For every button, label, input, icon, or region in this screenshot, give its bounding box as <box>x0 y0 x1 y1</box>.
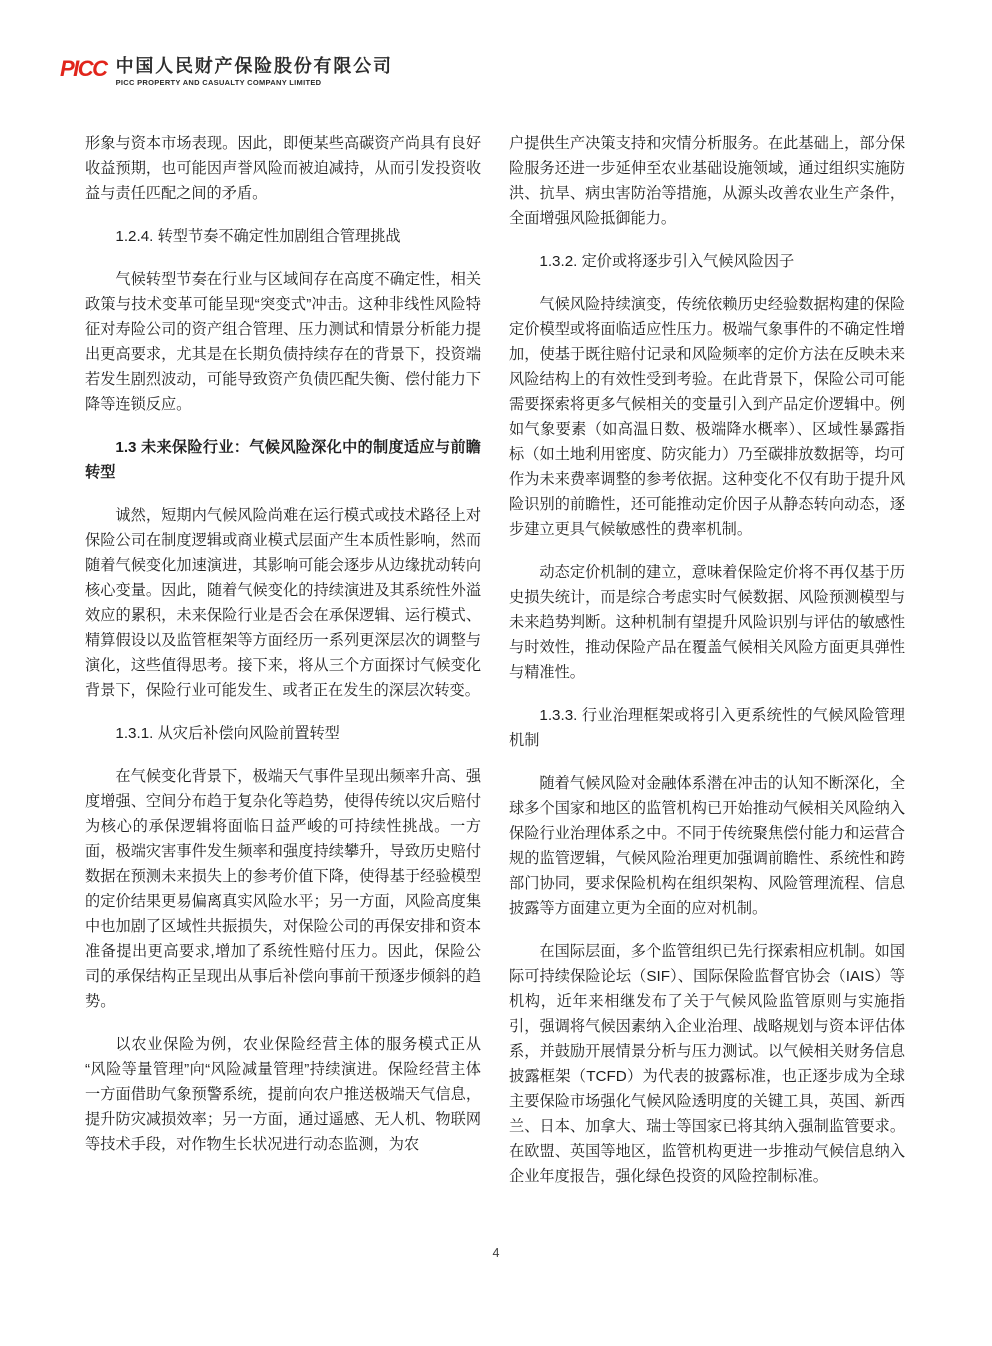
right-column: 户提供生产决策支持和灾情分析服务。在此基础上，部分保险服务还进一步延伸至农业基础… <box>509 131 905 1189</box>
paragraph: 诚然，短期内气候风险尚难在运行模式或技术路径上对保险公司在制度逻辑或商业模式层面… <box>85 503 481 703</box>
paragraph: 气候转型节奏在行业与区域间存在高度不确定性，相关政策与技术变革可能呈现“突变式”… <box>85 267 481 417</box>
picc-logo: PICC <box>60 58 107 80</box>
subsection-heading: 1.2.4. 转型节奏不确定性加剧组合管理挑战 <box>85 224 481 249</box>
paragraph: 形象与资本市场表现。因此，即便某些高碳资产尚具有良好收益预期，也可能因声誉风险而… <box>85 131 481 206</box>
paragraph: 随着气候风险对金融体系潜在冲击的认知不断深化，全球多个国家和地区的监管机构已开始… <box>509 771 905 921</box>
paragraph: 户提供生产决策支持和灾情分析服务。在此基础上，部分保险服务还进一步延伸至农业基础… <box>509 131 905 231</box>
page-footer: 4 <box>0 1246 992 1260</box>
chapter-heading: 1.3 未来保险行业：气候风险深化中的制度适应与前瞻转型 <box>85 435 481 485</box>
page-header: PICC 中国人民财产保险股份有限公司 PICC PROPERTY AND CA… <box>60 57 393 87</box>
paragraph: 动态定价机制的建立，意味着保险定价将不再仅基于历史损失统计，而是综合考虑实时气候… <box>509 560 905 685</box>
paragraph: 在气候变化背景下，极端天气事件呈现出频率升高、强度增强、空间分布趋于复杂化等趋势… <box>85 764 481 1014</box>
paragraph: 以农业保险为例，农业保险经营主体的服务模式正从“风险等量管理”向“风险减量管理”… <box>85 1032 481 1157</box>
page-number: 4 <box>493 1246 500 1260</box>
paragraph: 气候风险持续演变，传统依赖历史经验数据构建的保险定价模型或将面临适应性压力。极端… <box>509 292 905 542</box>
left-column: 形象与资本市场表现。因此，即便某些高碳资产尚具有良好收益预期，也可能因声誉风险而… <box>85 131 481 1189</box>
subsection-heading: 1.3.3. 行业治理框架或将引入更系统性的气候风险管理机制 <box>509 703 905 753</box>
company-name-en: PICC PROPERTY AND CASUALTY COMPANY LIMIT… <box>116 78 393 87</box>
paragraph: 在国际层面，多个监管组织已先行探索相应机制。如国际可持续保险论坛（SIF）、国际… <box>509 939 905 1189</box>
subsection-heading: 1.3.2. 定价或将逐步引入气候风险因子 <box>509 249 905 274</box>
subsection-heading: 1.3.1. 从灾后补偿向风险前置转型 <box>85 721 481 746</box>
company-name-cn: 中国人民财产保险股份有限公司 <box>116 57 393 76</box>
document-page: PICC 中国人民财产保险股份有限公司 PICC PROPERTY AND CA… <box>0 0 992 1346</box>
company-name-block: 中国人民财产保险股份有限公司 PICC PROPERTY AND CASUALT… <box>116 57 393 87</box>
document-body: 形象与资本市场表现。因此，即便某些高碳资产尚具有良好收益预期，也可能因声誉风险而… <box>85 131 905 1189</box>
